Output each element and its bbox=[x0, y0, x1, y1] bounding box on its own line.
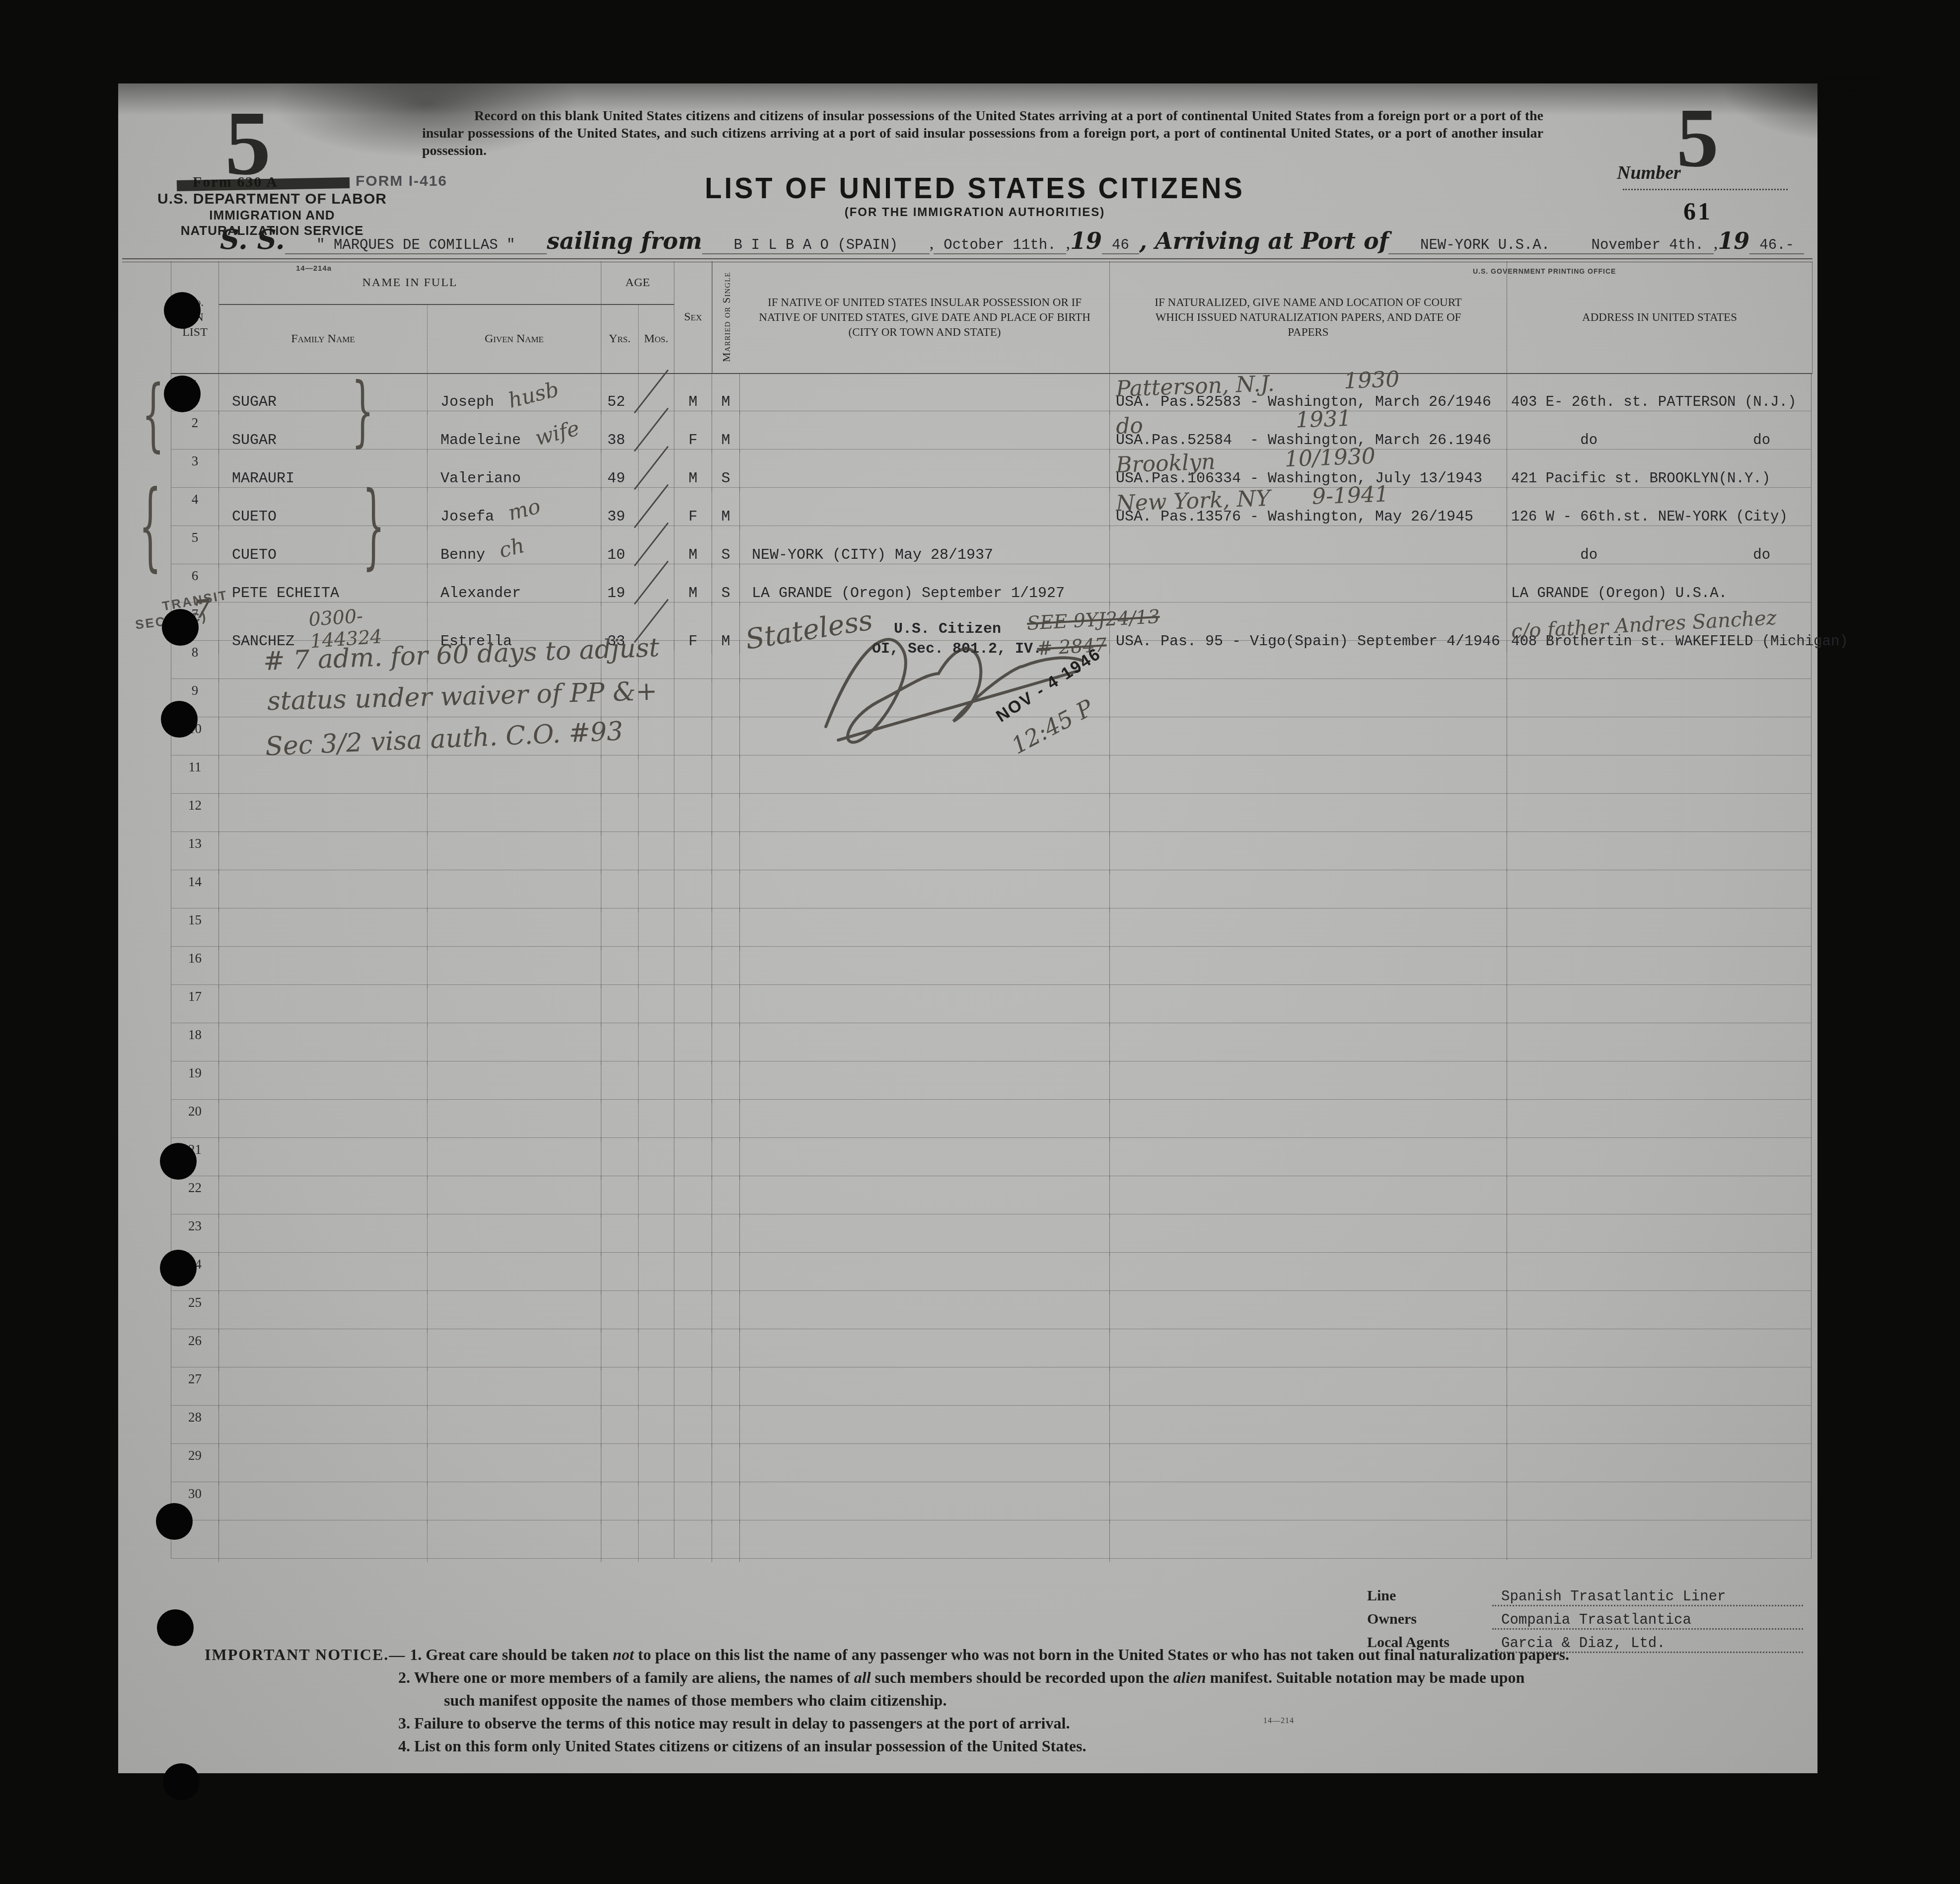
number-fill-line bbox=[1623, 165, 1788, 190]
age-months-cell bbox=[639, 1061, 674, 1099]
punch-hole bbox=[163, 1763, 200, 1800]
birthplace-cell bbox=[740, 450, 1110, 491]
address-cell bbox=[1507, 717, 1812, 758]
owners-value: Compania Trasatlantica bbox=[1492, 1612, 1691, 1628]
age-years-cell bbox=[601, 985, 639, 1027]
col-header-married-or-single: Married or Single bbox=[712, 261, 740, 373]
table-row: 14 bbox=[171, 870, 1812, 908]
row-number: 16 bbox=[171, 947, 219, 988]
family-name-cell bbox=[219, 1482, 428, 1524]
row-number: 17 bbox=[171, 985, 219, 1027]
sex-cell bbox=[674, 1482, 712, 1524]
notice-line-1: IMPORTANT NOTICE.—1. Great care should b… bbox=[205, 1643, 1807, 1666]
age-years-cell: 10 bbox=[601, 526, 639, 568]
sex-cell: M bbox=[674, 450, 712, 491]
sex-cell bbox=[674, 1023, 712, 1065]
sex-cell bbox=[674, 985, 712, 1027]
naturalization-cell: do 1931USA.Pas.52584 - Washington, March… bbox=[1110, 411, 1507, 451]
punch-hole bbox=[161, 701, 198, 738]
notice-heading: IMPORTANT NOTICE.— bbox=[205, 1646, 406, 1663]
given-name-cell bbox=[428, 1406, 601, 1447]
birthplace-cell bbox=[740, 1138, 1110, 1180]
given-name-cell bbox=[428, 755, 601, 797]
voyage-token: November 4th. bbox=[1582, 237, 1714, 254]
naturalization-cell: New York, NY 9-1941USA. Pas.13576 - Wash… bbox=[1110, 488, 1507, 528]
voyage-token: , bbox=[1066, 234, 1071, 253]
col-header-yrs: Yrs. bbox=[601, 305, 639, 373]
address-typed: do do bbox=[1511, 547, 1770, 564]
document-page: 5 Form 630 A FORM I-416 U.S. DEPARTMENT … bbox=[118, 83, 1817, 1773]
address-typed: 421 Pacific st. BROOKLYN(N.Y.) bbox=[1511, 470, 1770, 487]
age-months-cell bbox=[639, 1100, 674, 1137]
address-cell bbox=[1507, 1100, 1812, 1140]
naturalization-cell bbox=[1110, 1520, 1507, 1560]
sex-cell bbox=[674, 1367, 712, 1409]
col-header-family-name: Family Name bbox=[219, 305, 428, 373]
naturalization-cell bbox=[1110, 1023, 1507, 1063]
age-months-cell bbox=[639, 832, 674, 870]
marital-cell bbox=[712, 908, 740, 950]
age-years-cell bbox=[601, 794, 639, 835]
age-years-cell bbox=[601, 1138, 639, 1180]
given-name-cell: Josephhusb bbox=[428, 373, 601, 415]
family-name-cell bbox=[219, 1329, 428, 1371]
marital-cell bbox=[712, 1214, 740, 1256]
owners-fill: Compania Trasatlantica bbox=[1492, 1612, 1803, 1630]
marital-cell bbox=[712, 1482, 740, 1524]
form-subtitle: (FOR THE IMMIGRATION AUTHORITIES) bbox=[602, 206, 1347, 220]
age-months-cell bbox=[639, 947, 674, 984]
age-months-cell bbox=[639, 1520, 674, 1558]
address-cell bbox=[1507, 1520, 1812, 1561]
sex-cell: M bbox=[674, 526, 712, 568]
naturalization-cell bbox=[1110, 1061, 1507, 1101]
marital-cell: M bbox=[712, 488, 740, 529]
naturalization-hand-note: do 1931 bbox=[1115, 409, 1351, 437]
age-months-cell bbox=[639, 1291, 674, 1329]
birthplace-cell bbox=[740, 832, 1110, 874]
voyage-token: , Arriving at Port of bbox=[1139, 227, 1389, 254]
birthplace-cell bbox=[740, 1214, 1110, 1256]
age-years-cell bbox=[601, 1061, 639, 1103]
margin-brace-rows-4-5: { bbox=[139, 480, 161, 575]
given-name-cell bbox=[428, 1367, 601, 1409]
row-number: 4 bbox=[171, 488, 219, 529]
address-cell bbox=[1507, 1444, 1812, 1485]
age-months-cell bbox=[639, 1406, 674, 1443]
birthplace-cell bbox=[740, 870, 1110, 912]
family-name-cell bbox=[219, 1367, 428, 1409]
row-number: 3 bbox=[171, 450, 219, 491]
sex-cell bbox=[674, 717, 712, 759]
naturalization-cell bbox=[1110, 1253, 1507, 1292]
row-number: 27 bbox=[171, 1367, 219, 1409]
age-months-cell bbox=[639, 717, 674, 755]
line-fill: Spanish Trasatlantic Liner bbox=[1492, 1588, 1803, 1606]
notice-line-2-cont: such manifest opposite the names of thos… bbox=[444, 1689, 1807, 1712]
marital-cell bbox=[712, 641, 740, 682]
age-months-cell bbox=[639, 526, 674, 564]
table-row: 3MARAURIValeriano49MSBrooklyn 10/1930USA… bbox=[171, 450, 1812, 488]
naturalization-cell bbox=[1110, 1406, 1507, 1445]
marital-cell bbox=[712, 947, 740, 988]
family-name-cell bbox=[219, 1061, 428, 1103]
family-brace-rows-4-5: } bbox=[363, 481, 385, 573]
address-cell bbox=[1507, 794, 1812, 834]
address-cell: 421 Pacific st. BROOKLYN(N.Y.) bbox=[1507, 450, 1812, 490]
age-months-cell bbox=[639, 1367, 674, 1405]
address-cell bbox=[1507, 1138, 1812, 1179]
age-years-cell: 39 bbox=[601, 488, 639, 529]
form-title: LIST OF UNITED STATES CITIZENS bbox=[602, 171, 1347, 205]
marital-cell bbox=[712, 679, 740, 721]
sheet-number: 61 bbox=[1683, 197, 1712, 226]
address-cell bbox=[1507, 1061, 1812, 1102]
age-years-cell bbox=[601, 1406, 639, 1447]
family-name-cell bbox=[219, 947, 428, 988]
age-years-cell: 38 bbox=[601, 411, 639, 453]
age-years-cell bbox=[601, 1482, 639, 1524]
naturalization-cell bbox=[1110, 755, 1507, 795]
address-cell bbox=[1507, 1176, 1812, 1217]
age-months-cell bbox=[639, 1023, 674, 1061]
age-months-cell bbox=[639, 985, 674, 1023]
sex-cell bbox=[674, 794, 712, 835]
naturalization-cell bbox=[1110, 1329, 1507, 1369]
row-number: 20 bbox=[171, 1100, 219, 1141]
address-cell bbox=[1507, 1253, 1812, 1293]
age-years-cell bbox=[601, 1214, 639, 1256]
sex-cell bbox=[674, 755, 712, 797]
punch-hole bbox=[164, 376, 201, 412]
birthplace-cell bbox=[740, 1061, 1110, 1103]
age-years-cell bbox=[601, 870, 639, 912]
table-row: 24 bbox=[171, 1253, 1812, 1291]
age-years-cell: 49 bbox=[601, 450, 639, 491]
punch-hole bbox=[164, 292, 201, 329]
family-name-cell: CUETO bbox=[219, 526, 428, 568]
address-cell bbox=[1507, 985, 1812, 1026]
birthplace-cell bbox=[740, 985, 1110, 1027]
given-name-cell: Madeleinewife bbox=[428, 411, 601, 453]
birthplace-cell bbox=[740, 794, 1110, 835]
naturalization-cell bbox=[1110, 1291, 1507, 1331]
birthplace-cell bbox=[740, 755, 1110, 797]
birthplace-cell bbox=[740, 1482, 1110, 1524]
marital-cell: S bbox=[712, 526, 740, 568]
table-row: 29 bbox=[171, 1444, 1812, 1482]
address-cell bbox=[1507, 755, 1812, 796]
sex-cell: M bbox=[674, 564, 712, 606]
owners-label: Owners bbox=[1367, 1611, 1492, 1628]
row-number: 19 bbox=[171, 1061, 219, 1103]
naturalization-cell bbox=[1110, 870, 1507, 910]
naturalization-cell bbox=[1110, 1214, 1507, 1254]
sex-cell bbox=[674, 1520, 712, 1562]
birthplace-cell bbox=[740, 1329, 1110, 1371]
redaction-bar bbox=[177, 177, 350, 191]
voyage-token: " MARQUES DE COMILLAS " bbox=[285, 237, 547, 254]
form-number-stamp: FORM I-416 bbox=[356, 173, 447, 190]
given-name-cell bbox=[428, 1138, 601, 1180]
family-name-cell: SUGAR bbox=[219, 411, 428, 453]
address-cell bbox=[1507, 1406, 1812, 1446]
naturalization-cell bbox=[1110, 1367, 1507, 1407]
address-cell bbox=[1507, 1214, 1812, 1255]
marital-cell bbox=[712, 1444, 740, 1486]
table-row: 15 bbox=[171, 908, 1812, 947]
address-cell bbox=[1507, 870, 1812, 911]
age-years-cell: 52 bbox=[601, 373, 639, 415]
marital-cell bbox=[712, 755, 740, 797]
birthplace-cell bbox=[740, 1023, 1110, 1065]
age-months-cell bbox=[639, 1138, 674, 1176]
relationship-note: mo bbox=[506, 494, 543, 525]
punch-hole bbox=[157, 1609, 194, 1646]
row-number: 26 bbox=[171, 1329, 219, 1371]
given-name-cell: Alexander bbox=[428, 564, 601, 606]
age-years-cell bbox=[601, 1520, 639, 1562]
family-name-cell bbox=[219, 908, 428, 950]
birthplace-cell bbox=[740, 1520, 1110, 1562]
family-name-cell bbox=[219, 1100, 428, 1141]
notice-line-2: 2. Where one or more members of a family… bbox=[398, 1666, 1807, 1689]
marital-cell: M bbox=[712, 373, 740, 415]
row-number: 18 bbox=[171, 1023, 219, 1065]
table-row: 18 bbox=[171, 1023, 1812, 1061]
given-name-cell bbox=[428, 1253, 601, 1294]
naturalization-cell bbox=[1110, 1100, 1507, 1139]
important-notice: IMPORTANT NOTICE.—1. Great care should b… bbox=[205, 1643, 1807, 1757]
marital-cell bbox=[712, 1329, 740, 1371]
table-row: 16 bbox=[171, 947, 1812, 985]
voyage-token: B I L B A O (SPAIN) bbox=[702, 237, 930, 254]
marital-cell: M bbox=[712, 411, 740, 453]
address-cell bbox=[1507, 679, 1812, 720]
table-row: 20 bbox=[171, 1100, 1812, 1138]
col-header-naturalization: IF NATURALIZED, GIVE NAME AND LOCATION O… bbox=[1110, 261, 1507, 373]
row-number: 22 bbox=[171, 1176, 219, 1218]
sex-cell bbox=[674, 1444, 712, 1486]
age-years-cell bbox=[601, 832, 639, 874]
family-name-cell: PETE ECHEITA bbox=[219, 564, 428, 606]
relationship-note: husb bbox=[506, 377, 561, 413]
family-name-cell: CUETO bbox=[219, 488, 428, 529]
marital-cell bbox=[712, 1367, 740, 1409]
table-row: 30 bbox=[171, 1482, 1812, 1520]
birthplace-cell: LA GRANDE (Oregon) September 1/1927 bbox=[740, 564, 1110, 606]
given-name-cell bbox=[428, 1100, 601, 1141]
row-number: 28 bbox=[171, 1406, 219, 1447]
marital-cell bbox=[712, 1253, 740, 1294]
sex-cell bbox=[674, 908, 712, 950]
table-row: 1SUGARJosephhusb52MMPatterson, N.J. 1930… bbox=[171, 373, 1812, 411]
col-header-mos: Mos. bbox=[639, 305, 674, 373]
family-name-cell: MARAURI bbox=[219, 450, 428, 491]
naturalization-cell bbox=[1110, 1176, 1507, 1216]
age-months-cell bbox=[639, 1253, 674, 1290]
given-name-cell bbox=[428, 947, 601, 988]
birthplace-cell bbox=[740, 1367, 1110, 1409]
sex-cell bbox=[674, 1061, 712, 1103]
age-months-cell bbox=[639, 870, 674, 908]
naturalization-cell bbox=[1110, 1138, 1507, 1178]
scanned-manifest-photo: { "colors": {"paper":"#b6b6b4","scan_bac… bbox=[0, 0, 1960, 1884]
table-row: 26 bbox=[171, 1329, 1812, 1367]
notice-line-3: 3. Failure to observe the terms of this … bbox=[398, 1712, 1807, 1734]
family-name-cell bbox=[219, 1253, 428, 1294]
sex-cell bbox=[674, 1291, 712, 1333]
row-number: 13 bbox=[171, 832, 219, 874]
family-name-cell bbox=[219, 1214, 428, 1256]
age-years-cell bbox=[601, 1291, 639, 1333]
age-years-cell bbox=[601, 1329, 639, 1371]
sex-cell bbox=[674, 641, 712, 682]
owners-row: Owners Compania Trasatlantica bbox=[1367, 1611, 1803, 1634]
family-name-cell bbox=[219, 755, 428, 797]
line-row: Line Spanish Trasatlantic Liner bbox=[1367, 1587, 1803, 1611]
birthplace-cell bbox=[740, 947, 1110, 988]
naturalization-cell: Brooklyn 10/1930USA.Pas.106334 - Washing… bbox=[1110, 450, 1507, 489]
sex-cell: M bbox=[674, 373, 712, 415]
age-years-cell bbox=[601, 947, 639, 988]
birthplace-cell bbox=[740, 1406, 1110, 1447]
age-months-cell bbox=[639, 1176, 674, 1214]
birthplace-cell bbox=[740, 1291, 1110, 1333]
line-label: Line bbox=[1367, 1587, 1492, 1604]
address-cell bbox=[1507, 908, 1812, 949]
naturalization-cell bbox=[1110, 985, 1507, 1025]
col-header-age: AGE bbox=[601, 261, 674, 305]
margin-brace-rows-1-2: { bbox=[142, 376, 164, 455]
address-cell bbox=[1507, 1023, 1812, 1064]
given-name-cell bbox=[428, 1520, 601, 1562]
form-instructions: Record on this blank United States citiz… bbox=[422, 107, 1543, 159]
birthplace-cell bbox=[740, 1100, 1110, 1141]
naturalization-cell bbox=[1110, 908, 1507, 948]
punch-hole bbox=[162, 609, 199, 646]
naturalization-cell bbox=[1110, 526, 1507, 566]
sex-cell bbox=[674, 1138, 712, 1180]
table-row: 11 bbox=[171, 755, 1812, 794]
age-years-cell bbox=[601, 1176, 639, 1218]
address-cell: LA GRANDE (Oregon) U.S.A. bbox=[1507, 564, 1812, 605]
age-years-cell bbox=[601, 1023, 639, 1065]
address-cell: 403 E- 26th. st. PATTERSON (N.J.) bbox=[1507, 373, 1812, 414]
age-months-cell bbox=[639, 755, 674, 793]
naturalization-cell bbox=[1110, 679, 1507, 719]
voyage-token: sailing from bbox=[547, 227, 702, 254]
family-name-cell bbox=[219, 1023, 428, 1065]
age-years-cell bbox=[601, 1367, 639, 1409]
birthplace-cell bbox=[740, 1444, 1110, 1486]
voyage-token: 19 bbox=[1718, 227, 1749, 254]
row-number: 15 bbox=[171, 908, 219, 950]
marital-cell bbox=[712, 1138, 740, 1180]
print-code-bottom: 14—214 bbox=[1263, 1717, 1294, 1726]
marital-cell bbox=[712, 717, 740, 759]
age-months-cell bbox=[639, 1482, 674, 1520]
marital-cell bbox=[712, 1520, 740, 1562]
row-number: 11 bbox=[171, 755, 219, 797]
sex-cell bbox=[674, 1329, 712, 1371]
naturalization-cell bbox=[1110, 1444, 1507, 1484]
address-cell bbox=[1507, 641, 1812, 681]
age-months-cell bbox=[639, 1444, 674, 1482]
given-name-cell bbox=[428, 794, 601, 835]
given-name-cell bbox=[428, 908, 601, 950]
given-name-cell bbox=[428, 1291, 601, 1333]
family-name-cell: SUGAR bbox=[219, 373, 428, 415]
table-row: 4CUETOJosefamo39FMNew York, NY 9-1941USA… bbox=[171, 488, 1812, 526]
sex-cell bbox=[674, 832, 712, 874]
age-years-cell bbox=[601, 1100, 639, 1141]
line-value: Spanish Trasatlantic Liner bbox=[1492, 1588, 1726, 1605]
given-name-cell bbox=[428, 1444, 601, 1486]
given-name-cell bbox=[428, 1023, 601, 1065]
table-row: 13 bbox=[171, 832, 1812, 870]
family-name-cell bbox=[219, 1176, 428, 1218]
voyage-token: October 11th. bbox=[934, 237, 1066, 254]
voyage-token: 46 bbox=[1102, 237, 1139, 254]
voyage-line: S. S." MARQUES DE COMILLAS "sailing from… bbox=[220, 224, 1804, 255]
naturalization-cell bbox=[1110, 794, 1507, 833]
given-name-cell bbox=[428, 1176, 601, 1218]
row-number: 8 bbox=[171, 641, 219, 682]
marital-cell bbox=[712, 985, 740, 1027]
address-cell: do do bbox=[1507, 526, 1812, 567]
sex-cell: F bbox=[674, 411, 712, 453]
sex-cell: F bbox=[674, 488, 712, 529]
given-name-cell bbox=[428, 1482, 601, 1524]
address-typed: LA GRANDE (Oregon) U.S.A. bbox=[1511, 585, 1727, 602]
given-name-cell bbox=[428, 870, 601, 912]
address-typed: do do bbox=[1511, 432, 1770, 449]
family-name-cell bbox=[219, 832, 428, 874]
birthplace-cell: NEW-YORK (CITY) May 28/1937 bbox=[740, 526, 1110, 568]
col-header-birthplace: IF NATIVE OF UNITED STATES INSULAR POSSE… bbox=[740, 261, 1110, 373]
table-row: 5CUETOBennych10MSNEW-YORK (CITY) May 28/… bbox=[171, 526, 1812, 564]
age-months-cell bbox=[639, 1329, 674, 1367]
ink-smudge bbox=[1722, 77, 1936, 142]
age-years-cell bbox=[601, 908, 639, 950]
naturalization-cell bbox=[1110, 564, 1507, 604]
marital-cell bbox=[712, 870, 740, 912]
given-name-cell bbox=[428, 1061, 601, 1103]
table-row: 6PETE ECHEITAAlexander19MSLA GRANDE (Ore… bbox=[171, 564, 1812, 603]
age-months-cell bbox=[639, 488, 674, 526]
address-cell bbox=[1507, 947, 1812, 987]
given-name-cell: Valeriano bbox=[428, 450, 601, 491]
sex-cell bbox=[674, 1176, 712, 1218]
naturalization-cell bbox=[1110, 641, 1507, 680]
marital-cell bbox=[712, 1023, 740, 1065]
row-number: 2 bbox=[171, 411, 219, 453]
sex-cell bbox=[674, 1253, 712, 1294]
marital-cell bbox=[712, 1100, 740, 1141]
age-years-cell: 19 bbox=[601, 564, 639, 606]
department-name: U.S. DEPARTMENT OF LABOR bbox=[157, 191, 387, 207]
address-cell: do do bbox=[1507, 411, 1812, 452]
voyage-token: S. S. bbox=[220, 224, 285, 255]
row-number: 29 bbox=[171, 1444, 219, 1486]
table-row: 28 bbox=[171, 1406, 1812, 1444]
punch-hole bbox=[160, 1143, 197, 1180]
naturalization-cell bbox=[1110, 717, 1507, 757]
address-cell bbox=[1507, 832, 1812, 873]
birthplace-cell bbox=[740, 373, 1110, 415]
relationship-note: wife bbox=[533, 416, 582, 450]
